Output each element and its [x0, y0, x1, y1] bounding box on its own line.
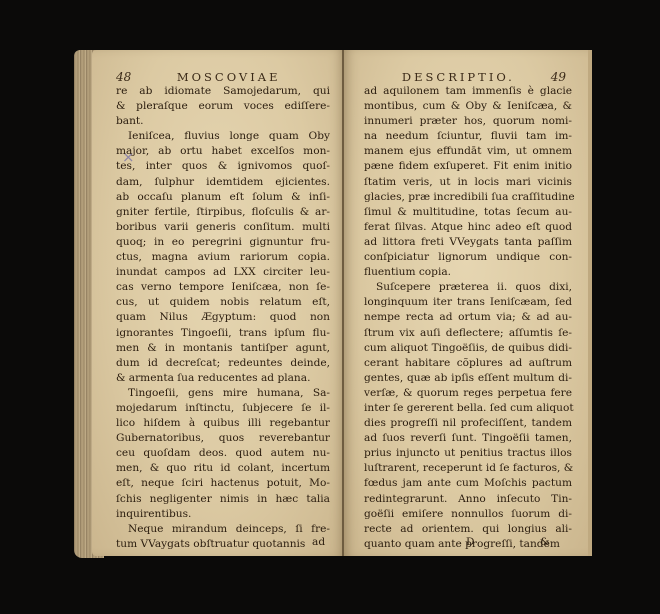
- text-line: Ieniſcea, fluvius longe quam Oby: [116, 129, 330, 144]
- left-running-title: MOSCOVIAE: [177, 70, 281, 84]
- text-line: ad aquilonem tam immenſis è glacie: [364, 84, 572, 99]
- text-line: men & in montanis tantiſper agunt,: [116, 341, 330, 356]
- text-line: verſæ, & quorum reges perpetua fere: [364, 386, 572, 401]
- right-running-head: DESCRIPTIO. 49: [366, 70, 566, 84]
- text-line: cus, ut quidem nobis relatum eſt,: [116, 295, 330, 310]
- left-body-text: re ab idiomate Samojedarum, qui& pleraſq…: [116, 84, 330, 552]
- text-line: re ab idiomate Samojedarum, qui: [116, 84, 330, 99]
- text-line: gniter fertile, ſtirpibus, floſculis & a…: [116, 205, 330, 220]
- text-line: innumeri præter hos, quorum nomi-: [364, 114, 572, 129]
- text-line: ad littora freti VVeygats tanta paſſim: [364, 235, 572, 250]
- text-line: & pleraſque eorum voces ediſſere-: [116, 99, 330, 114]
- text-line: manem ejus effundāt vim, ut omnem: [364, 144, 572, 159]
- text-line: na needum ſciuntur, fluvii tam im-: [364, 129, 572, 144]
- text-line: ferat ſilvas. Atque hinc adeo eſt quod: [364, 220, 572, 235]
- text-line: prius injuncto ut penitius tractus illos: [364, 446, 572, 461]
- open-book: 48 MOSCOVIAE × re ab idiomate Samojedaru…: [74, 46, 592, 560]
- right-page: DESCRIPTIO. 49 ad aquilonem tam immenſis…: [344, 50, 592, 556]
- text-line: conſpiciatur lignorum undique con-: [364, 250, 572, 265]
- left-page: 48 MOSCOVIAE × re ab idiomate Samojedaru…: [92, 50, 344, 556]
- text-line: gentes, quæ ab ipſis eſſent multum di-: [364, 371, 572, 386]
- text-line: redintegrarunt. Anno inſecuto Tin-: [364, 492, 572, 507]
- text-line: fluentium copia.: [364, 265, 572, 280]
- text-line: cum aliquot Tingoëſiis, de quibus didi-: [364, 341, 572, 356]
- text-line: dam, ſulphur idemtidem ejicientes.: [116, 175, 330, 190]
- text-line: Suſcepere præterea ii. quos dixi,: [364, 280, 572, 295]
- text-line: ab occaſu planum eſt ſolum & inſi-: [116, 190, 330, 205]
- text-line: montibus, cum & Oby & Ieniſcæa, &: [364, 99, 572, 114]
- text-line: recte ad orientem. qui longius ali-: [364, 522, 572, 537]
- text-line: inundat campos ad LXX circiter leu-: [116, 265, 330, 280]
- text-line: tes, inter quos & ignivomos quoſ-: [116, 159, 330, 174]
- text-line: major, ab ortu habet excelſos mon-: [116, 144, 330, 159]
- text-line: nempe recta ad ortum via; & ad au-: [364, 310, 572, 325]
- right-catchword: &: [540, 536, 549, 548]
- text-line: quoq; in eo peregrini gignuntur fru-: [116, 235, 330, 250]
- text-line: ſtrum vix auſi deflectere; aſſumtis ſe-: [364, 326, 572, 341]
- right-folio: 49: [551, 70, 566, 84]
- right-body-text: ad aquilonem tam immenſis è glaciemontib…: [364, 84, 572, 552]
- text-line: ceu quoſdam deos. quod autem nu-: [116, 446, 330, 461]
- text-line: eſt, neque ſciri hactenus potuit, Mo-: [116, 476, 330, 491]
- text-line: ſchis negligenter nimis in hæc talia: [116, 492, 330, 507]
- left-catchword: ad: [312, 536, 325, 548]
- text-line: lico hiſdem à quibus illi regebantur: [116, 416, 330, 431]
- text-line: boribus varii generis conſitum. multi: [116, 220, 330, 235]
- text-line: men, & quo ritu id colant, incertum: [116, 461, 330, 476]
- text-line: pæne fidem exſuperet. Fit enim initio: [364, 159, 572, 174]
- text-line: ſtatim veris, ut in locis mari vicinis: [364, 175, 572, 190]
- text-line: cas verno tempore Ieniſcæa, non ſe-: [116, 280, 330, 295]
- text-line: goëſii emiſere nonnullos ſuorum di-: [364, 507, 572, 522]
- text-line: Neque mirandum deinceps, ſi fre-: [116, 522, 330, 537]
- text-line: Tingoeſii, gens mire humana, Sa-: [116, 386, 330, 401]
- text-line: dies progreſſi nil profeciſſent, tandem: [364, 416, 572, 431]
- text-line: quam Nilus Ægyptum: quod non: [116, 310, 330, 325]
- text-line: ctus, magna avium rariorum copia.: [116, 250, 330, 265]
- text-line: ignorantes Tingoeſii, trans ipſum flu-: [116, 326, 330, 341]
- text-line: & armenta ſua reducentes ad plana.: [116, 371, 330, 386]
- text-line: tum VVaygats obſtruatur quotannis: [116, 537, 330, 552]
- text-line: fœdus jam ante cum Moſchis pactum: [364, 476, 572, 491]
- text-line: luſtrarent, receperunt id ſe facturos, &: [364, 461, 572, 476]
- text-line: dum id decreſcat; redeuntes deinde,: [116, 356, 330, 371]
- text-line: Gubernatoribus, quos reverebantur: [116, 431, 330, 446]
- text-line: bant.: [116, 114, 330, 129]
- text-line: ad ſuos reverſi ſunt. Tingoëſii tamen,: [364, 431, 572, 446]
- right-running-title: DESCRIPTIO.: [402, 70, 515, 84]
- text-line: inquirentibus.: [116, 507, 330, 522]
- text-line: longinquum iter trans Ieniſcæam, ſed: [364, 295, 572, 310]
- text-line: cerant habitare cõplures ad auſtrum: [364, 356, 572, 371]
- text-line: ſimul & multitudine, totas ſecum au-: [364, 205, 572, 220]
- text-line: glacies, præ incredibili ſua craſſitudin…: [364, 190, 572, 205]
- left-running-head: 48 MOSCOVIAE: [116, 70, 326, 84]
- text-line: mojedarum inſtinctu, ſubjecere ſe il-: [116, 401, 330, 416]
- signature-mark: D: [466, 536, 475, 548]
- text-line: inter ſe gererent bella. ſed cum aliquot: [364, 401, 572, 416]
- left-folio: 48: [116, 70, 131, 84]
